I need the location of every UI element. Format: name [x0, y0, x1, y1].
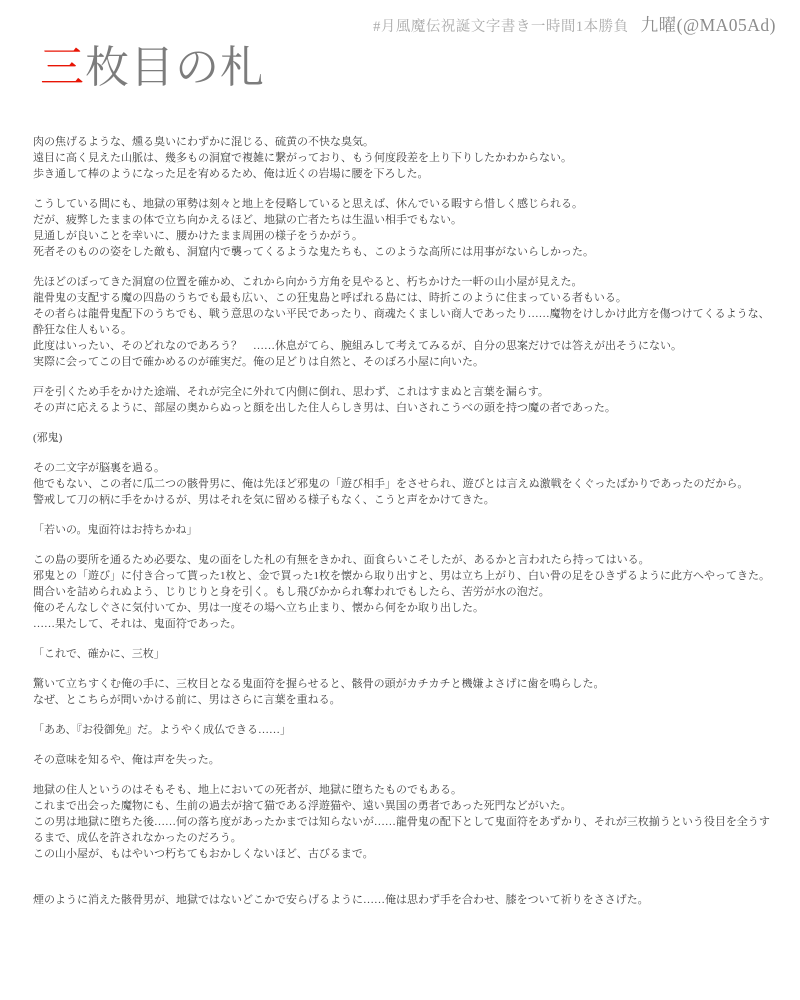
- story-line: この男は地獄に堕ちた後……何の落ち度があったかまでは知らないが……龍骨鬼の配下と…: [33, 814, 772, 846]
- story-line: 遠目に高く見えた山脈は、幾多もの洞窟で複雑に繋がっており、もう何度段差を上り下り…: [33, 150, 772, 166]
- paragraph: 「ああ、『お役御免』だ。ようやく成仏できる……」: [33, 722, 772, 738]
- paragraph: 地獄の住人というのはそもそも、地上においての死者が、地獄に堕ちたものでもある。こ…: [33, 782, 772, 862]
- paragraph: この島の要所を通るため必要な、鬼の面をした札の有無をきかれ、面食らいこそしたが、…: [33, 552, 772, 632]
- story-line: 煙のように消えた骸骨男が、地獄ではないどこかで安らげるように……俺は思わず手を合…: [33, 892, 772, 908]
- story-line: 警戒して刀の柄に手をかけるが、男はそれを気に留める様子もなく、こうと声をかけてき…: [33, 492, 772, 508]
- story-line: (邪鬼): [33, 430, 772, 446]
- story-line: 見通しが良いことを幸いに、腰かけたまま周囲の様子をうかがう。: [33, 228, 772, 244]
- story-line: その者らは龍骨鬼配下のうちでも、戦う意思のない平民であったり、商魂たくましい商人…: [33, 306, 772, 338]
- story-line: 他でもない、この者に瓜二つの骸骨男に、俺は先ほど邪鬼の「遊び相手」をさせられ、遊…: [33, 476, 772, 492]
- story-line: これまで出会った魔物にも、生前の過去が捨て猫である浮遊猫や、遠い異国の勇者であっ…: [33, 798, 772, 814]
- story-line: ……果たして、それは、鬼面符であった。: [33, 616, 772, 632]
- story-line: 肉の焦げるような、燻る臭いにわずかに混じる、硫黄の不快な臭気。: [33, 134, 772, 150]
- page: #月風魔伝祝誕文字書き一時間1本勝負 九曜(@MA05Ad) 三枚目の札 肉の焦…: [0, 0, 800, 1000]
- paragraph: その二文字が脳裏を過る。他でもない、この者に瓜二つの骸骨男に、俺は先ほど邪鬼の「…: [33, 460, 772, 508]
- story-line: 歩き通して棒のようになった足を宥めるため、俺は近くの岩場に腰を下ろした。: [33, 166, 772, 182]
- story-line: 「これで、確かに、三枚」: [33, 646, 772, 662]
- story: 肉の焦げるような、燻る臭いにわずかに混じる、硫黄の不快な臭気。遠目に高く見えた山…: [33, 134, 772, 922]
- paragraph: その意味を知るや、俺は声を失った。: [33, 752, 772, 768]
- story-line: この山小屋が、もはやいつ朽ちてもおかしくないほど、古びるまで。: [33, 846, 772, 862]
- story-line: その意味を知るや、俺は声を失った。: [33, 752, 772, 768]
- story-line: 地獄の住人というのはそもそも、地上においての死者が、地獄に堕ちたものでもある。: [33, 782, 772, 798]
- paragraph: 戸を引くため手をかけた途端、それが完全に外れて内側に倒れ、思わず、これはすまぬと…: [33, 384, 772, 416]
- paragraph: 「これで、確かに、三枚」: [33, 646, 772, 662]
- paragraph: こうしている間にも、地獄の軍勢は刻々と地上を侵略していると思えば、休んでいる暇す…: [33, 196, 772, 260]
- story-line: 「若いの。鬼面符はお持ちかね」: [33, 522, 772, 538]
- story-line: その声に応えるように、部屋の奥からぬっと顔を出した住人らしき男は、白いされこうべ…: [33, 400, 772, 416]
- story-line: 間合いを詰められぬよう、じりじりと身を引く。もし飛びかかられ奪われでもしたら、苦…: [33, 584, 772, 600]
- story-line: なぜ、とこちらが問いかける前に、男はさらに言葉を重ねる。: [33, 692, 772, 708]
- paragraph: 肉の焦げるような、燻る臭いにわずかに混じる、硫黄の不快な臭気。遠目に高く見えた山…: [33, 134, 772, 182]
- story-line: 実際に会ってこの目で確かめるのが確実だ。俺の足どりは自然と、そのぼろ小屋に向いた…: [33, 354, 772, 370]
- paragraph: 先ほどのぼってきた洞窟の位置を確かめ、これから向かう方角を見やると、朽ちかけた一…: [33, 274, 772, 370]
- story-line: 先ほどのぼってきた洞窟の位置を確かめ、これから向かう方角を見やると、朽ちかけた一…: [33, 274, 772, 290]
- story-line: 驚いて立ちすくむ俺の手に、三枚目となる鬼面符を握らせると、骸骨の頭がカチカチと機…: [33, 676, 772, 692]
- paragraph-pause: [33, 876, 772, 892]
- story-line: 死者そのものの姿をした敵も、洞窟内で襲ってくるような鬼たちも、このような高所には…: [33, 244, 772, 260]
- story-line: 邪鬼との「遊び」に付き合って貰った1枚と、金で買った1枚を懐から取り出すと、男は…: [33, 568, 772, 584]
- story-line: だが、疲弊したままの体で立ち向かえるほど、地獄の亡者たちは生温い相手でもない。: [33, 212, 772, 228]
- author-handle: 九曜(@MA05Ad): [641, 12, 776, 37]
- title-rest: 枚目の札: [85, 43, 265, 92]
- story-line: この島の要所を通るため必要な、鬼の面をした札の有無をきかれ、面食らいこそしたが、…: [33, 552, 772, 568]
- story-line: 俺のそんなしぐさに気付いてか、男は一度その場へ立ち止まり、懐から何をか取り出した…: [33, 600, 772, 616]
- title-accent-char: 三: [40, 43, 85, 92]
- page-title: 三枚目の札: [40, 40, 265, 95]
- paragraph: 「若いの。鬼面符はお持ちかね」: [33, 522, 772, 538]
- paragraph: 驚いて立ちすくむ俺の手に、三枚目となる鬼面符を握らせると、骸骨の頭がカチカチと機…: [33, 676, 772, 708]
- story-line: 戸を引くため手をかけた途端、それが完全に外れて内側に倒れ、思わず、これはすまぬと…: [33, 384, 772, 400]
- event-hashtag: #月風魔伝祝誕文字書き一時間1本勝負: [373, 15, 629, 36]
- story-line: こうしている間にも、地獄の軍勢は刻々と地上を侵略していると思えば、休んでいる暇す…: [33, 196, 772, 212]
- story-line: 龍骨鬼の支配する魔の四島のうちでも最も広い、この狂鬼島と呼ばれる島には、時折この…: [33, 290, 772, 306]
- story-line: その二文字が脳裏を過る。: [33, 460, 772, 476]
- story-line: 「ああ、『お役御免』だ。ようやく成仏できる……」: [33, 722, 772, 738]
- paragraph: 煙のように消えた骸骨男が、地獄ではないどこかで安らげるように……俺は思わず手を合…: [33, 892, 772, 908]
- paragraph: (邪鬼): [33, 430, 772, 446]
- credit-line: #月風魔伝祝誕文字書き一時間1本勝負 九曜(@MA05Ad): [373, 12, 776, 37]
- story-line: 此度はいったい、そのどれなのであろう？ ……休息がてら、腕組みして考えてみるが、…: [33, 338, 772, 354]
